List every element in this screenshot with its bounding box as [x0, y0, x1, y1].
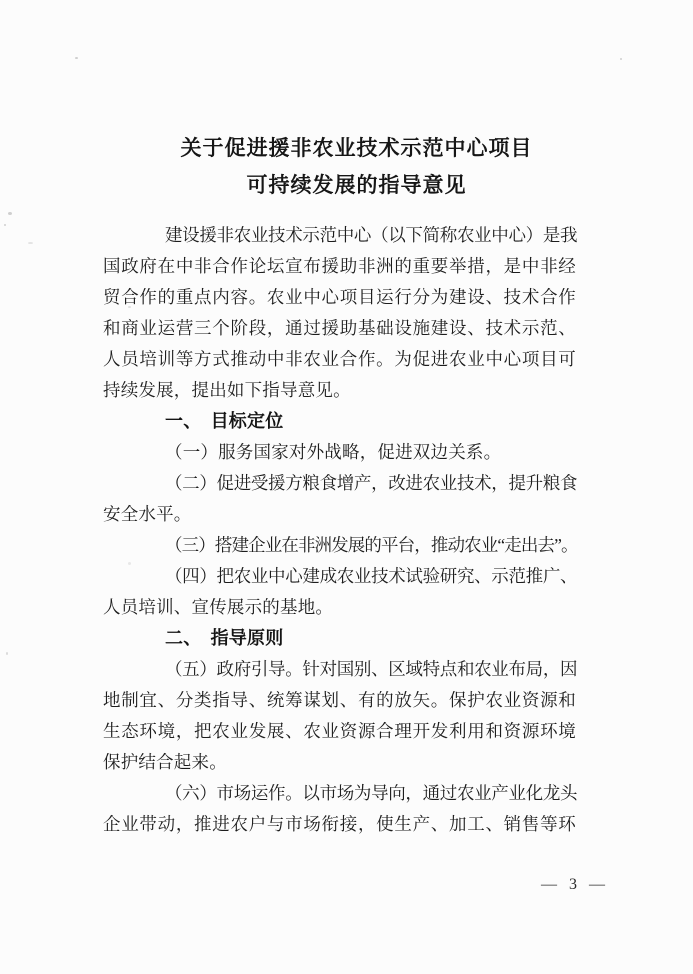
scan-speck [75, 57, 78, 59]
body-line: 人员培训、宣传展示的基地。 [103, 592, 576, 623]
body-line: 企业带动，推进农户与市场衔接，使生产、加工、销售等环 [103, 809, 576, 840]
body-line: 和商业运营三个阶段，通过援助基础设施建设、技术示范、 [103, 313, 576, 344]
scan-speck [6, 652, 8, 655]
title-line-2: 可持续发展的指导意见 [120, 167, 593, 204]
body-line: 保护结合起来。 [103, 747, 576, 778]
section-heading-2: 二、 指导原则 [103, 623, 576, 654]
body-line: 国政府在中非合作论坛宣布援助非洲的重要举措，是中非经 [103, 251, 576, 282]
body-line: （一）服务国家对外战略，促进双边关系。 [103, 437, 576, 468]
body-line: （二）促进受援方粮食增产，改进农业技术，提升粮食 [103, 468, 576, 499]
body-line: （六）市场运作。以市场为导向，通过农业产业化龙头 [103, 778, 576, 809]
body-line: （四）把农业中心建成农业技术试验研究、示范推广、 [103, 561, 576, 592]
scan-speck [28, 242, 33, 244]
body-line: 人员培训等方式推动中非农业合作。为促进农业中心项目可 [103, 344, 576, 375]
scan-speck [8, 212, 12, 215]
body-line: 建设援非农业技术示范中心（以下简称农业中心）是我 [103, 220, 576, 251]
body-line: 持续发展，提出如下指导意见。 [103, 375, 576, 406]
body-line: （五）政府引导。针对国别、区域特点和农业布局，因 [103, 654, 576, 685]
body-line: 贸合作的重点内容。农业中心项目运行分为建设、技术合作 [103, 282, 576, 313]
document-title: 关于促进援非农业技术示范中心项目 可持续发展的指导意见 [120, 130, 593, 204]
document-page: 关于促进援非农业技术示范中心项目 可持续发展的指导意见 建设援非农业技术示范中心… [0, 0, 693, 974]
body-line: 安全水平。 [103, 499, 576, 530]
body-line: 生态环境，把农业发展、农业资源合理开发利用和资源环境 [103, 716, 576, 747]
scan-speck [620, 58, 622, 60]
title-line-1: 关于促进援非农业技术示范中心项目 [120, 130, 593, 167]
section-heading-1: 一、 目标定位 [103, 406, 576, 437]
body-line: 地制宜、分类指导、统筹谋划、有的放矢。保护农业资源和 [103, 685, 576, 716]
scan-speck [4, 224, 6, 226]
body-line: （三）搭建企业在非洲发展的平台，推动农业“走出去”。 [103, 530, 576, 561]
page-number: — 3 — [520, 876, 630, 894]
document-body: 建设援非农业技术示范中心（以下简称农业中心）是我 国政府在中非合作论坛宣布援助非… [103, 220, 576, 840]
